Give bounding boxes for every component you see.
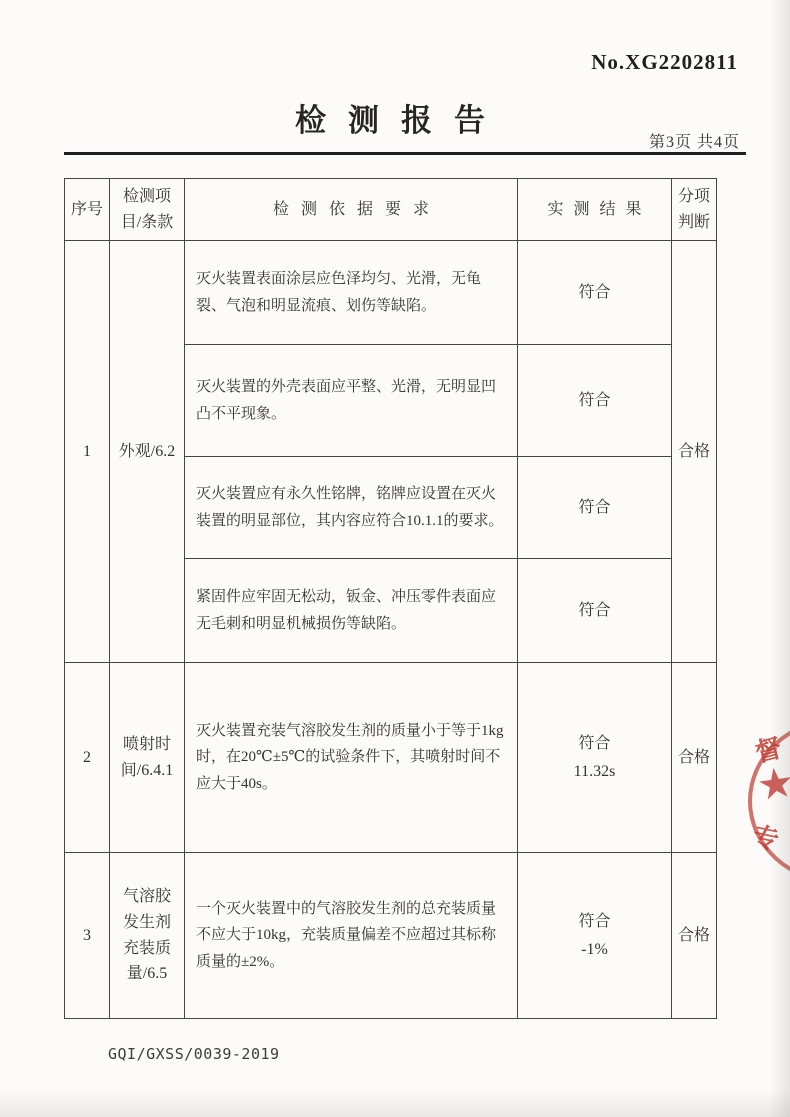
item-cell: 喷射时间/6.4.1 <box>110 663 185 853</box>
report-number: No.XG2202811 <box>591 50 738 75</box>
header-divider-line <box>64 152 746 155</box>
seq-cell: 3 <box>65 853 110 1019</box>
result-status: 符合 <box>524 731 665 757</box>
report-page: No.XG2202811 检测报告 第3页 共4页 序号 检测项目/条款 检测依… <box>0 0 790 1117</box>
scan-edge-shadow-right <box>770 0 790 1117</box>
result-cell: 符合 <box>518 559 672 663</box>
table-row: 1 外观/6.2 灭火装置表面涂层应色泽均匀、光滑，无龟裂、气泡和明显流痕、划伤… <box>65 241 717 345</box>
stamp-star-icon: ★ <box>754 762 790 809</box>
item-cell: 气溶胶发生剂充装质量/6.5 <box>110 853 185 1019</box>
test-results-table: 序号 检测项目/条款 检测依据要求 实测结果 分项判断 1 外观/6.2 灭火装… <box>64 178 717 1019</box>
page-indicator: 第3页 共4页 <box>649 129 740 152</box>
requirement-cell: 灭火装置充装气溶胶发生剂的质量小于等于1kg时，在20℃±5℃的试验条件下，其喷… <box>185 663 518 853</box>
result-value: 11.32s <box>524 759 665 785</box>
header-result: 实测结果 <box>518 179 672 241</box>
header-seq: 序号 <box>65 179 110 241</box>
page-title: 检测报告 <box>64 95 716 140</box>
red-seal-stamp-partial: 督 ★ 专 <box>744 712 790 892</box>
item-cell: 外观/6.2 <box>110 241 185 663</box>
stamp-character-top: 督 <box>751 727 785 769</box>
judgment-cell: 合格 <box>672 853 717 1019</box>
result-status: 符合 <box>524 909 665 935</box>
result-cell: 符合 -1% <box>518 853 672 1019</box>
result-value: -1% <box>524 937 665 963</box>
result-cell: 符合 11.32s <box>518 663 672 853</box>
requirement-cell: 灭火装置的外壳表面应平整、光滑，无明显凹凸不平现象。 <box>185 345 518 457</box>
scan-edge-shadow-bottom <box>0 1089 790 1117</box>
requirement-cell: 一个灭火装置中的气溶胶发生剂的总充装质量不应大于10kg，充装质量偏差不应超过其… <box>185 853 518 1019</box>
judgment-cell: 合格 <box>672 663 717 853</box>
result-cell: 符合 <box>518 241 672 345</box>
result-cell: 符合 <box>518 457 672 559</box>
header-item: 检测项目/条款 <box>110 179 185 241</box>
judgment-cell: 合格 <box>672 241 717 663</box>
header-judgment: 分项判断 <box>672 179 717 241</box>
stamp-ring-arc <box>748 718 790 884</box>
requirement-cell: 灭火装置应有永久性铭牌，铭牌应设置在灭火装置的明显部位，其内容应符合10.1.1… <box>185 457 518 559</box>
table-row: 3 气溶胶发生剂充装质量/6.5 一个灭火装置中的气溶胶发生剂的总充装质量不应大… <box>65 853 717 1019</box>
result-cell: 符合 <box>518 345 672 457</box>
document-code: GQI/GXSS/0039-2019 <box>108 1045 280 1063</box>
seq-cell: 2 <box>65 663 110 853</box>
requirement-cell: 紧固件应牢固无松动，钣金、冲压零件表面应无毛刺和明显机械损伤等缺陷。 <box>185 559 518 663</box>
header-basis: 检测依据要求 <box>185 179 518 241</box>
requirement-cell: 灭火装置表面涂层应色泽均匀、光滑，无龟裂、气泡和明显流痕、划伤等缺陷。 <box>185 241 518 345</box>
table-header-row: 序号 检测项目/条款 检测依据要求 实测结果 分项判断 <box>65 179 717 241</box>
stamp-character-bottom: 专 <box>749 816 782 858</box>
table-row: 2 喷射时间/6.4.1 灭火装置充装气溶胶发生剂的质量小于等于1kg时，在20… <box>65 663 717 853</box>
seq-cell: 1 <box>65 241 110 663</box>
